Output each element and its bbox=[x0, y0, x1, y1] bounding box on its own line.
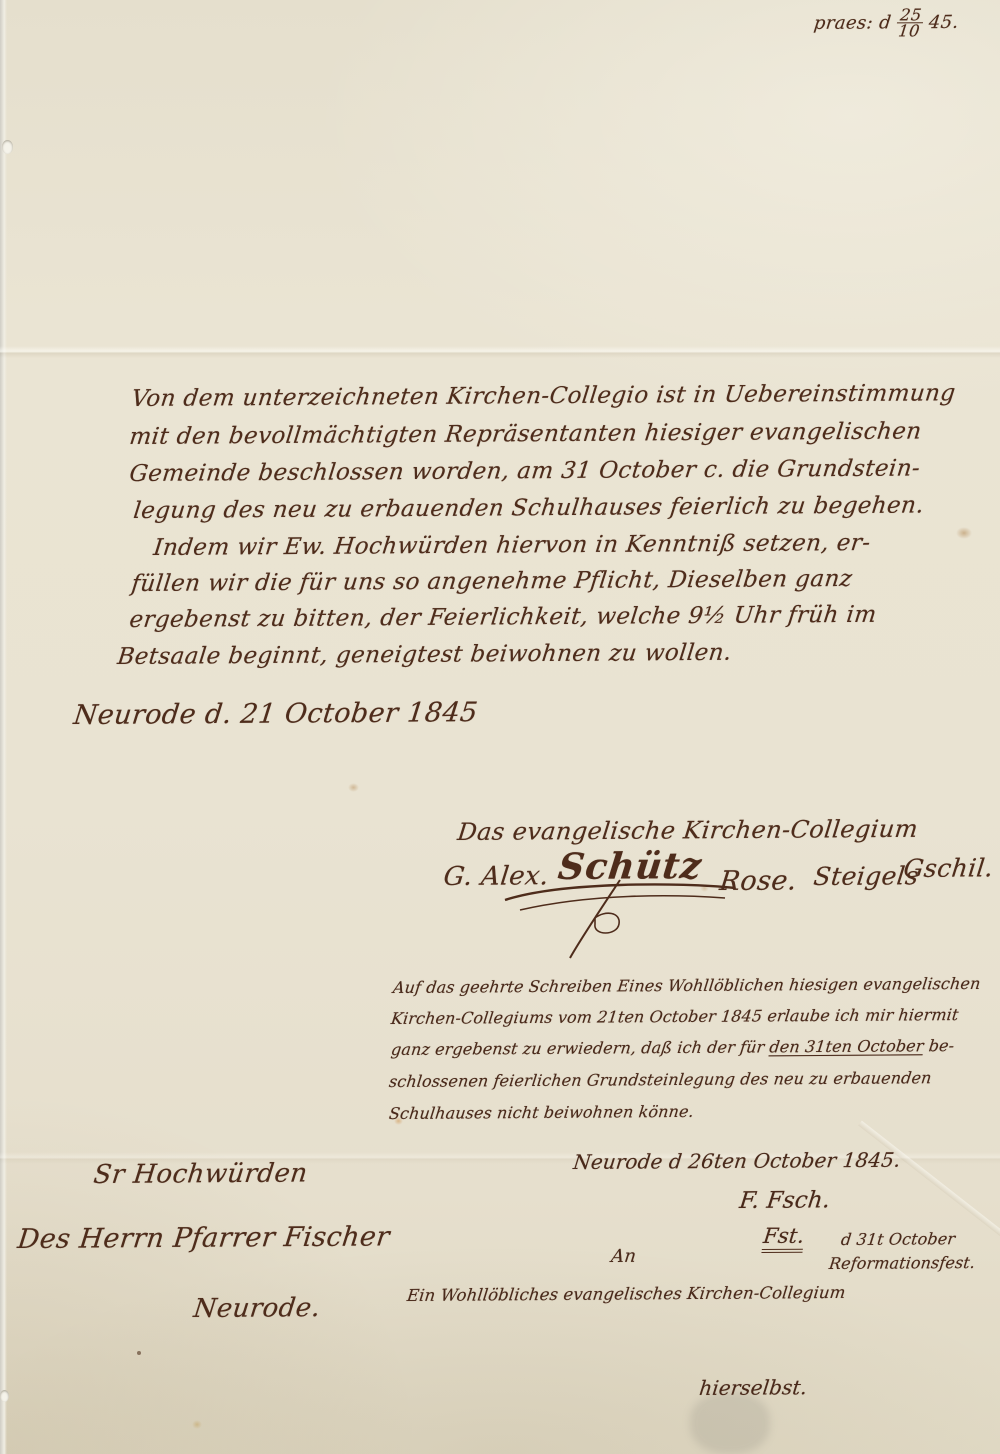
reply-signature: F. Fsch. bbox=[738, 1187, 832, 1214]
foxing-spot bbox=[192, 1420, 202, 1429]
praes-annotation: praes: d 25 10 45. bbox=[812, 7, 961, 40]
signature-flourish bbox=[500, 880, 740, 960]
paper-flaw-hole bbox=[2, 140, 13, 154]
reply-line3-post: be- bbox=[923, 1036, 956, 1055]
recipient-line: Ein Wohllöbliches evangelisches Kirchen-… bbox=[406, 1283, 847, 1305]
smudge-stain bbox=[690, 1392, 770, 1454]
reply-line: schlossenen feierlichen Grundsteinlegung… bbox=[388, 1068, 933, 1091]
reply-line: ganz ergebenst zu erwiedern, daß ich der… bbox=[390, 1036, 955, 1059]
body-line: ergebenst zu bitten, der Feierlichkeit, … bbox=[128, 602, 878, 633]
reply-line: Kirchen-Collegiums vom 21ten October 184… bbox=[390, 1005, 960, 1028]
body-line: mit den bevollmächtigten Repräsentanten … bbox=[128, 418, 923, 450]
foxing-spot bbox=[348, 783, 359, 792]
ink-dot bbox=[137, 1351, 141, 1355]
recipient-place: hierselbst. bbox=[698, 1375, 809, 1400]
praes-suffix: 45. bbox=[928, 12, 960, 33]
reply-line3-pre: ganz ergebenst zu erwiedern, daß ich der… bbox=[390, 1037, 771, 1059]
reply-line3-underlined-date: den 31ten October bbox=[768, 1036, 924, 1056]
reply-line: Schulhauses nicht beiwohnen könne. bbox=[388, 1102, 695, 1123]
body-line: Gemeinde beschlossen worden, am 31 Octob… bbox=[128, 455, 922, 487]
reply-paraph: Fst. bbox=[762, 1224, 806, 1248]
praes-prefix: praes: d bbox=[813, 12, 893, 34]
scanned-letter-page: praes: d 25 10 45. Von dem unterzeichnet… bbox=[0, 0, 1000, 1454]
side-note-reformation: Reformationsfest. bbox=[828, 1253, 976, 1273]
body-line: legung des neu zu erbauenden Schulhauses… bbox=[132, 492, 926, 524]
foxing-spot bbox=[956, 527, 972, 539]
signature-name: Rose. bbox=[718, 865, 799, 897]
signature-name: Gschil. bbox=[902, 853, 995, 883]
scan-edge bbox=[0, 0, 7, 1454]
address-name: Des Herrn Pfarrer Fischer bbox=[16, 1221, 391, 1255]
signature-heading: Das evangelische Kirchen-Collegium bbox=[456, 815, 920, 846]
dateline: Neurode d. 21 October 1845 bbox=[72, 697, 480, 731]
recipient-an: An bbox=[610, 1246, 637, 1267]
address-place: Neurode. bbox=[192, 1293, 322, 1324]
body-line: füllen wir die für uns so angenehme Pfli… bbox=[130, 566, 854, 597]
body-line: Betsaale beginnt, geneigtest beiwohnen z… bbox=[116, 640, 733, 670]
body-line: Indem wir Ew. Hochwürden hiervon in Kenn… bbox=[152, 530, 872, 561]
fold-crease-top bbox=[0, 346, 1000, 358]
side-note-date: d 31t October bbox=[840, 1229, 956, 1249]
body-line: Von dem unterzeichneten Kirchen-Collegio… bbox=[130, 380, 957, 412]
reply-line: Auf das geehrte Schreiben Eines Wohllöbl… bbox=[392, 974, 982, 997]
reply-dateline: Neurode d 26ten October 1845. bbox=[572, 1148, 902, 1174]
address-honorific: Sr Hochwürden bbox=[92, 1159, 309, 1190]
praes-date-fraction: 25 10 bbox=[895, 7, 924, 39]
paper-flaw-bump bbox=[0, 1390, 9, 1402]
